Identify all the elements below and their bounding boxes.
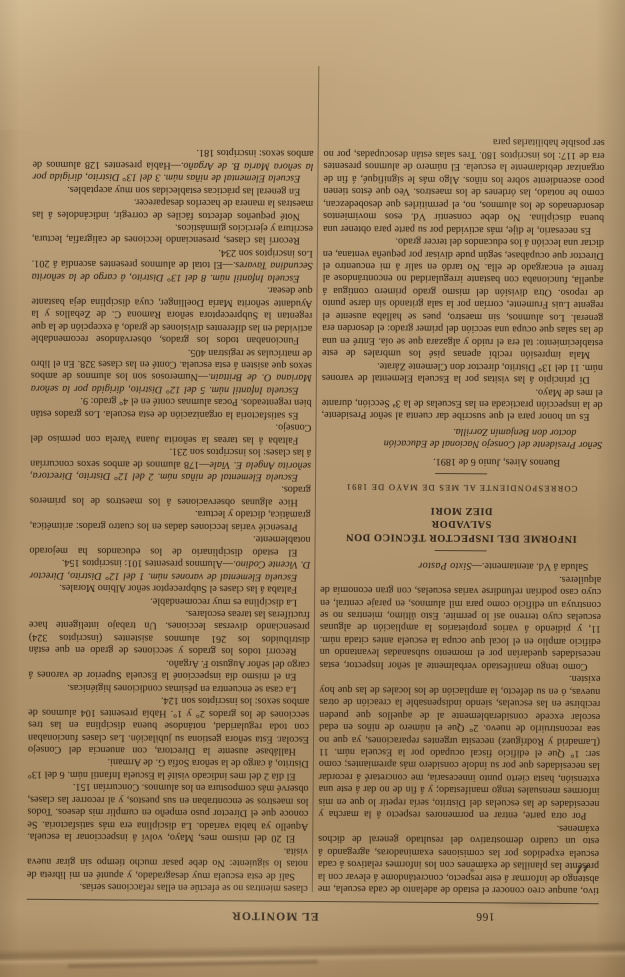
- paragraph: Es un honor para el que suscribe dar cue…: [322, 383, 603, 423]
- paragraph: El día 2 del mes indicado visité la Escu…: [28, 755, 309, 782]
- paragraph: Recorrí las clases, presenciando leccion…: [32, 219, 313, 246]
- salutation-line2: doctor don Benjamín Zorrilla.: [321, 424, 576, 438]
- corner-highlight: [0, 0, 170, 130]
- paragraph: Mala impresión recibí apenas pisé los um…: [322, 234, 604, 361]
- page-number: 166: [476, 910, 495, 923]
- article-title-line2: DIEZ MORI: [321, 502, 602, 518]
- signature-text: Saluda á Vd. atentamente.—: [472, 560, 589, 572]
- paragraph: Escuela Infantil núm. 8 del 13° Distrito…: [32, 244, 313, 284]
- running-title: EL MONITOR: [231, 909, 319, 922]
- right-column-paragraphs: clases mientras no se efectúe en ellas r…: [27, 145, 314, 894]
- salutation-line1: Señor Presidente del Consejo Nacional de…: [321, 436, 602, 451]
- school-name-italic: Escuela Infantil núm. 5 del 12° Distrito…: [31, 372, 312, 396]
- paragraph: Hallábase ausente la Directora, con anue…: [28, 693, 309, 757]
- signature-name: Sixto Pastor: [418, 560, 472, 571]
- dateline: Buenos Aires, Junio 6 de 1891.: [321, 453, 602, 468]
- paragraph: El 20 del mismo mes, Mayo, volví á inspe…: [27, 780, 308, 844]
- left-column: tivo, aunque creo conocer el estado de a…: [318, 66, 605, 896]
- page-text-block: 166 EL MONITOR tivo, aunque creo conocer…: [27, 64, 606, 923]
- paragraph: La casa se encuentra en pésimas condicio…: [28, 680, 309, 695]
- text-columns: tivo, aunque creo conocer el estado de a…: [27, 64, 605, 896]
- paragraph: Hice algunas observaciones á los maestro…: [30, 481, 311, 508]
- article-paragraphs: Es un honor para el que suscribe dar cue…: [322, 134, 605, 423]
- paragraph: Escuela Elemental de niñas núm. 2 del 12…: [30, 443, 311, 483]
- paragraph: Como tengo manifestado verbalmente al se…: [320, 570, 602, 672]
- left-column-paragraphs: tivo, aunque creo conocer el estado de a…: [318, 570, 602, 896]
- paragraph: Presencié varias lecciones dadas en los …: [30, 506, 311, 533]
- paragraph: Faltaba á las tareas la señorita Juana V…: [30, 419, 311, 446]
- paragraph: Salí de esta escuela muy desagradado, y …: [27, 842, 308, 882]
- paragraph: Funcionaban todos los grados, observándo…: [31, 282, 312, 346]
- paragraph: Escuela Elemental de niñas núm. 3 del 13…: [32, 145, 313, 185]
- rotated-page-content: 166 EL MONITOR tivo, aunque creo conocer…: [0, 0, 625, 977]
- paragraph: Dí principio á las visitas por la Escuel…: [322, 358, 603, 385]
- paragraph: La disciplina es muy recomendable.: [29, 593, 310, 608]
- paragraph: Es satisfactoria la organización de esta…: [31, 394, 312, 421]
- paragraph: En el mismo día inspeccioné la Escuela S…: [28, 655, 309, 682]
- scanned-page: 166 EL MONITOR tivo, aunque creo conocer…: [0, 0, 625, 977]
- school-name-italic: Escuela Infantil núm. 8 del 13° Distrito…: [32, 260, 313, 284]
- paragraph: En general las prácticas establecidas so…: [32, 182, 313, 197]
- school-name-italic: Escuela Elemental de niñas núm. 2 del 12…: [30, 459, 311, 483]
- article-title: INFORME DEL INSPECTOR TÉCNICO DON SALVAD…: [321, 502, 602, 545]
- article-title-line1: INFORME DEL INSPECTOR TÉCNICO DON SALVAD…: [321, 516, 602, 545]
- salutation: Señor Presidente del Consejo Nacional de…: [321, 424, 602, 451]
- paragraph: Es necesario, le dije, más actividad por…: [323, 134, 605, 236]
- section-separator-rule: [435, 550, 487, 551]
- ink-bleed-through: [470, 897, 600, 911]
- school-name-italic: Escuela Elemental de niñas núm. 3 del 13…: [32, 160, 313, 184]
- paragraph: Noté pequeños defectos fáciles de correg…: [32, 194, 313, 221]
- subtitle-separator-rule: [436, 473, 488, 474]
- article-subtitle: CORRESPONDIENTE AL MES DE MAYO DE 1891: [321, 481, 602, 496]
- right-column: clases mientras no se efectúe en ellas r…: [27, 64, 314, 894]
- school-name-italic: Escuela Elemental de varones núm. 1 del …: [29, 559, 310, 583]
- paragraph: El estado disciplinario de los educandos…: [29, 531, 310, 558]
- signature-line: Saluda á Vd. atentamente.—Sixto Pastor: [320, 558, 601, 573]
- paragraph: Recorrí todos los grados y secciones de …: [29, 605, 310, 657]
- paragraph: Por otra parte, entrar en pormenores res…: [318, 670, 600, 822]
- ink-dot: [470, 869, 474, 872]
- paragraph: Escuela Infantil núm. 5 del 12° Distrito…: [31, 344, 312, 396]
- paragraph: tivo, aunque creo conocer el estado de a…: [318, 819, 600, 896]
- paragraph: clases mientras no se efectúe en ellas r…: [27, 879, 308, 894]
- paragraph: Escuela Elemental de varones núm. 1 del …: [29, 556, 310, 583]
